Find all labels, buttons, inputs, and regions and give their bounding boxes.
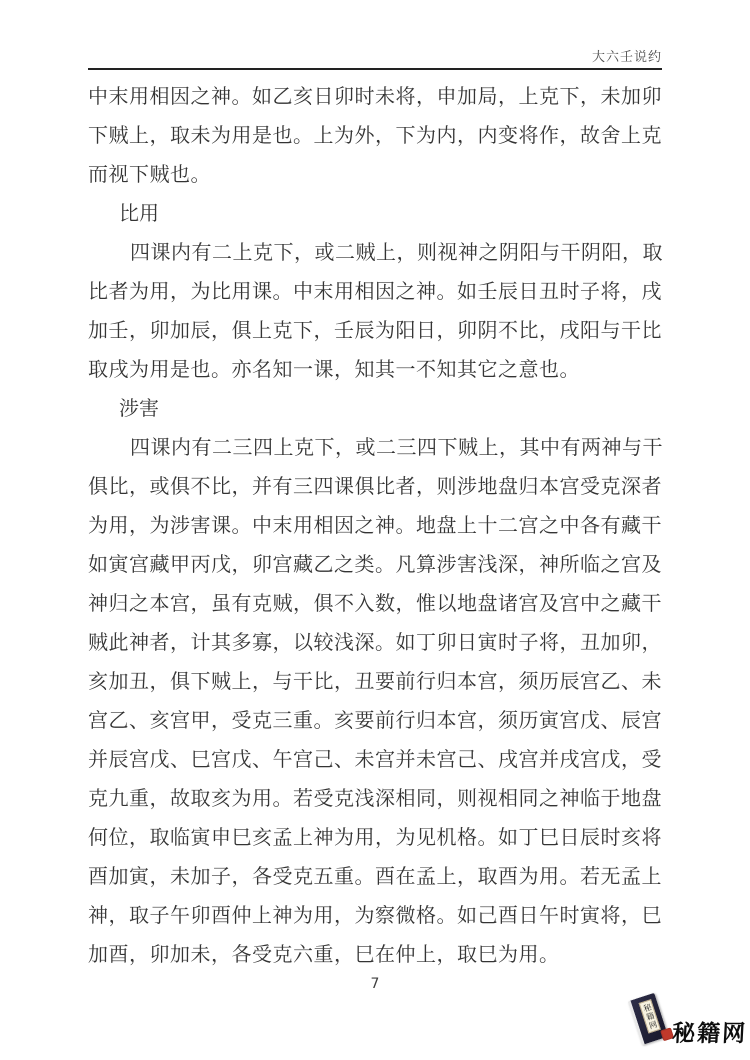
book-label-text: 秘籍网 [642, 1002, 658, 1030]
text-line: 中末用相因之神。如乙亥日卯时未将，申加局，上克下，未加卯 [88, 77, 662, 116]
text-line: 克九重，故取亥为用。若受克浅深相同，则视相同之神临于地盘 [88, 779, 662, 818]
section-heading: 比用 [88, 194, 662, 233]
text-line: 宫乙、亥宫甲，受克三重。亥要前行归本宫，须历寅宫戊、辰宫 [88, 701, 662, 740]
text-line: 取戌为用是也。亦名知一课，知其一不知其它之意也。 [88, 350, 662, 389]
page-footer: 7 [0, 973, 750, 992]
book-label: 秘籍网 [639, 999, 661, 1033]
text-line: 神归之本宫，虽有克贼，俱不入数，惟以地盘诸宫及宫中之藏干 [88, 584, 662, 623]
watermark: 秘籍网 秘籍网 [634, 996, 747, 1048]
book-icon: 秘籍网 [628, 993, 669, 1045]
text-line: 神，取子午卯酉仲上神为用，为察微格。如己酉日午时寅将，巳 [88, 896, 662, 935]
text-line: 俱比，或俱不比，并有三四课俱比者，则涉地盘归本宫受克深者 [88, 467, 662, 506]
text-line: 并辰宫戊、巳宫戊、午宫己、未宫并未宫己、戌宫并戌宫戊，受 [88, 740, 662, 779]
text-line: 比者为用，为比用课。中末用相因之神。如壬辰日丑时子将，戌 [88, 272, 662, 311]
text-line: 加酉，卯加未，各受克六重，巳在仲上，取巳为用。 [88, 935, 662, 974]
text-line: 而视下贼也。 [88, 155, 662, 194]
running-head-title: 大六壬说约 [592, 50, 662, 65]
text-line: 四课内有二三四上克下，或二三四下贼上，其中有两神与干 [88, 428, 662, 467]
text-line: 酉加寅，未加子，各受克五重。酉在孟上，取酉为用。若无孟上 [88, 857, 662, 896]
document-body: 中末用相因之神。如乙亥日卯时未将，申加局，上克下，未加卯下贼上，取未为用是也。上… [88, 77, 662, 974]
text-line: 如寅宫藏甲丙戊，卯宫藏乙之类。凡算涉害浅深，神所临之宫及 [88, 545, 662, 584]
text-line: 为用，为涉害课。中末用相因之神。地盘上十二宫之中各有藏干， [88, 506, 662, 545]
page-header: 大六壬说约 [88, 46, 662, 70]
text-line: 下贼上，取未为用是也。上为外，下为内，内变将作，故舍上克 [88, 116, 662, 155]
text-line: 四课内有二上克下，或二贼上，则视神之阴阳与干阴阳，取 [88, 233, 662, 272]
text-line: 贼此神者，计其多寡，以较浅深。如丁卯日寅时子将，丑加卯， [88, 623, 662, 662]
section-heading: 涉害 [88, 389, 662, 428]
text-line: 亥加丑，俱下贼上，与干比，丑要前行归本宫，须历辰宫乙、未 [88, 662, 662, 701]
watermark-site-name: 秘籍网 [671, 1023, 747, 1048]
text-line: 加壬，卯加辰，俱上克下，壬辰为阳日，卯阴不比，戌阳与干比， [88, 311, 662, 350]
text-line: 何位，取临寅申巳亥孟上神为用，为见机格。如丁巳日辰时亥将， [88, 818, 662, 857]
page-number: 7 [371, 976, 380, 992]
document-page: 大六壬说约 中末用相因之神。如乙亥日卯时未将，申加局，上克下，未加卯下贼上，取未… [0, 0, 750, 1060]
